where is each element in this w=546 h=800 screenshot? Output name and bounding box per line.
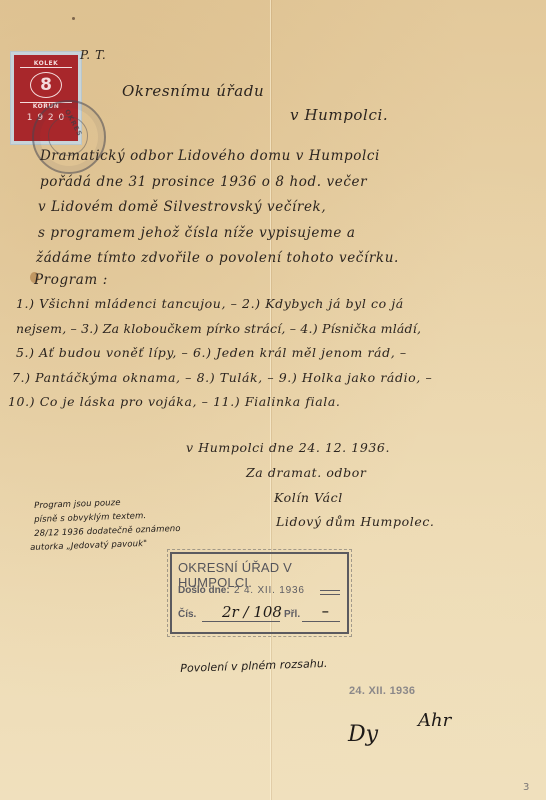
page-number: 3 [523,782,529,793]
program-line-1: 1.) Všichni mládenci tancujou, – 2.) Kdy… [16,296,404,311]
body-line-1: Dramatický odbor Lidového domu v Humpolc… [40,148,380,164]
office-receipt-stamp: OKRESNÍ ÚŘAD V HUMPOLCI. Došlo dne: 2 4.… [170,552,349,634]
organization-name: Lidový dům Humpolec. [276,514,435,529]
signature-official: Ahr [418,710,451,731]
file-number: 2r / 108 [222,603,282,621]
signatory-name: Kolín Václ [274,490,343,505]
program-line-5: 10.) Co je láska pro vojáka, – 11.) Fial… [8,394,341,409]
program-line-2: nejsem, – 3.) Za kloboučkem pírko strácí… [16,321,421,336]
margin-note-line-4: autorka „Jedovatý pavouk" [30,539,147,553]
addressee-line-1: Okresnímu úřadu [122,82,264,100]
approval-note: Povolení v plném rozsahu. [180,657,328,675]
date-stamp: 24. XII. 1936 [349,685,415,697]
received-date: 2 4. XII. 1936 [234,585,305,596]
body-line-5: žádáme tímto zdvořile o povolení tohoto … [36,250,399,266]
margin-note-line-2: písně s obvyklým textem. [34,511,146,525]
stamp-rule [202,621,280,622]
stamp-rule [320,594,340,595]
program-label: Program : [34,272,108,288]
revenue-stamp-top-label: KOLEK [20,60,72,68]
salutation-prefix: P. T. [80,48,106,62]
attachments-label: Přl. [284,609,300,620]
received-label: Došlo dne: [178,585,230,596]
body-line-3: v Lidovém domě Silvestrovský večírek, [38,199,326,215]
on-behalf-of: Za dramat. odbor [246,465,366,480]
place-and-date: v Humpolci dne 24. 12. 1936. [186,440,390,455]
body-line-2: pořádá dne 31 prosince 1936 o 8 hod. več… [40,174,367,190]
program-line-3: 5.) Ať budou voněť lípy, – 6.) Jeden krá… [16,345,407,360]
addressee-line-2: v Humpolci. [290,106,388,124]
stamp-rule [320,590,340,591]
signature-initials: Dy [348,722,378,747]
ink-speck [72,17,75,20]
program-line-4: 7.) Pantáčkýma oknama, – 8.) Tulák, – 9.… [12,370,432,385]
margin-note-line-1: Program jsou pouze [34,498,121,511]
body-line-4: s programem jehož čísla níže vypisujeme … [38,225,355,241]
scanned-document-page: KOLEK 8 KORUN 1 9 2 0 OKRES P. T. Okresn… [0,0,546,800]
stamp-rule [302,621,340,622]
revenue-stamp-value: 8 [30,72,62,98]
number-label: Čís. [178,609,196,620]
margin-note-line-3: 28/12 1936 dodatečně oznámeno [34,524,181,539]
attachments-value: – [322,604,329,618]
